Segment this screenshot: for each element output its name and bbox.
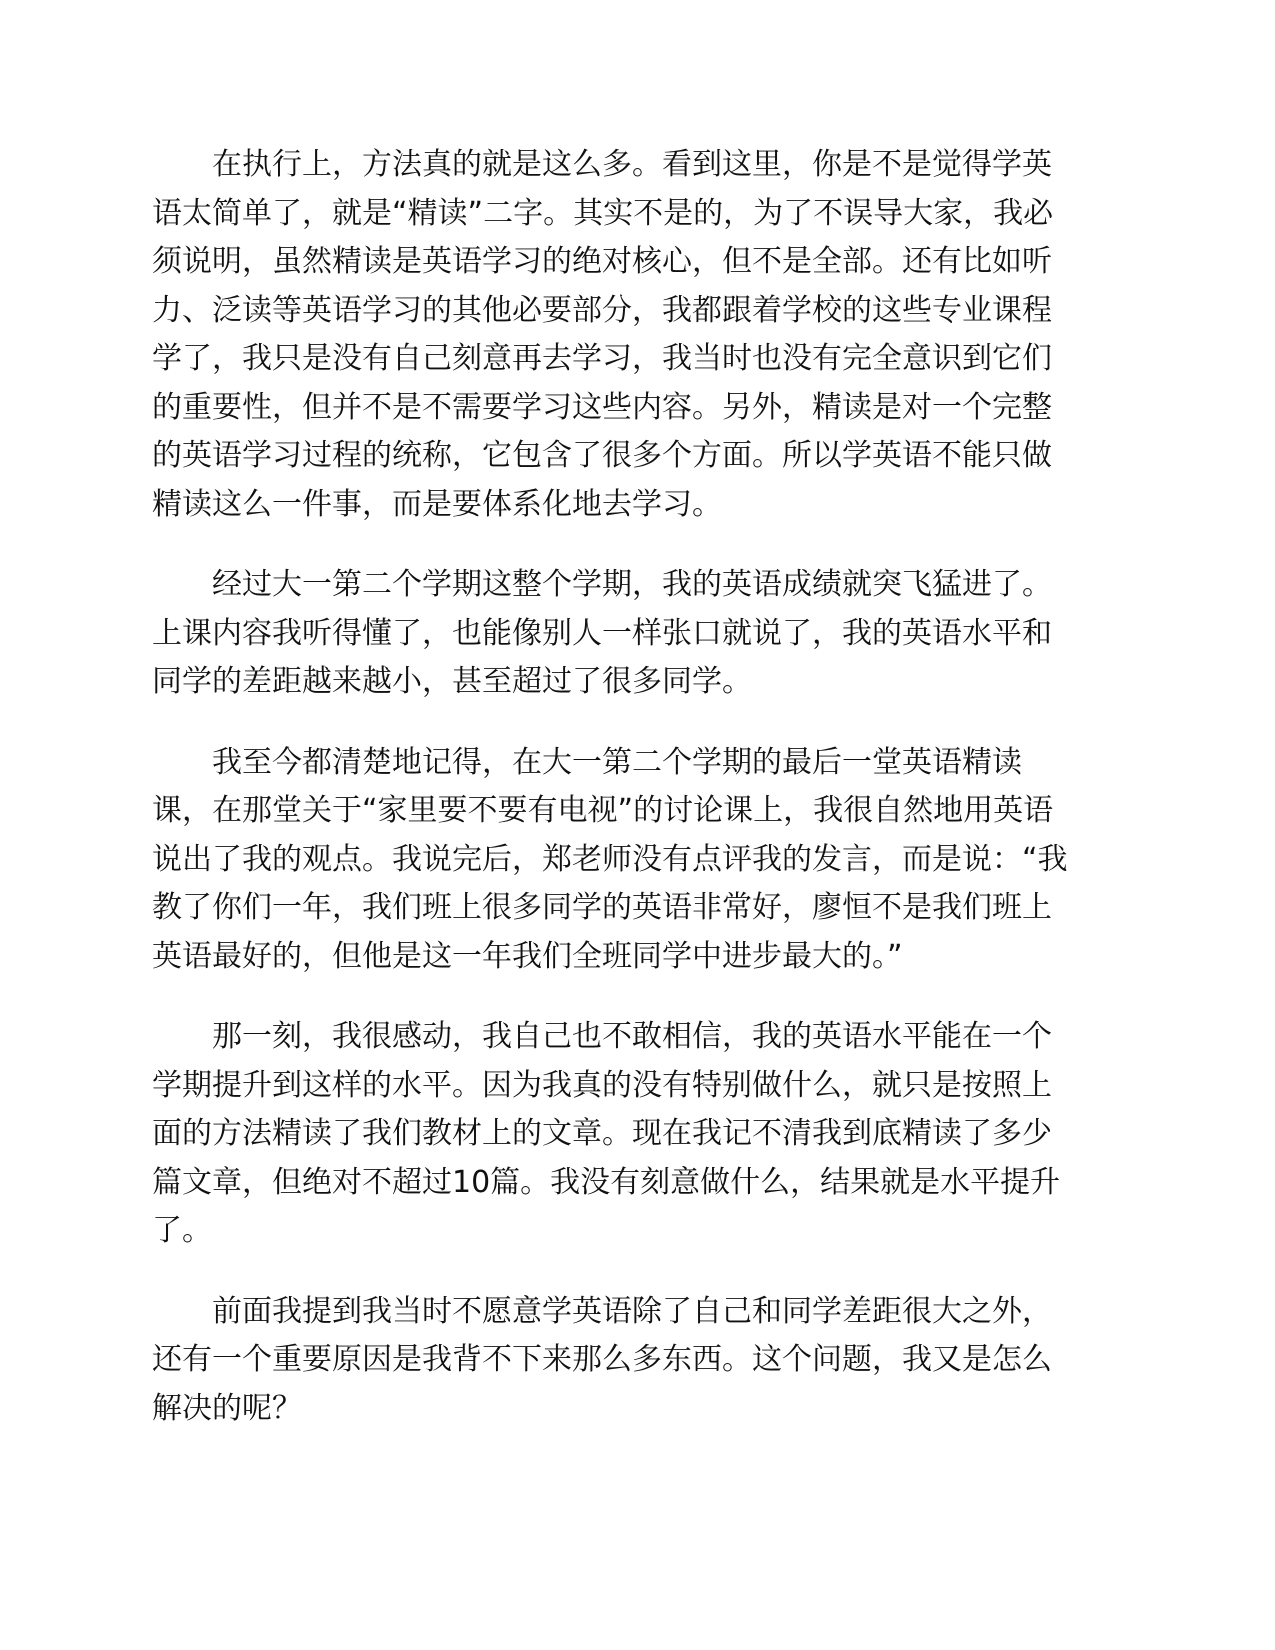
text-line: 的重要性，但并不是不需要学习这些内容。另外，精读是对一个完整 (152, 384, 1057, 433)
text-line: 上课内容我听得懂了，也能像别人一样张口就说了，我的英语水平和 (152, 610, 1057, 659)
text-line: 在执行上，方法真的就是这么多。看到这里，你是不是觉得学英 (152, 141, 1057, 190)
text-line: 精读这么一件事，而是要体系化地去学习。 (152, 481, 1057, 530)
paragraph-2: 经过大一第二个学期这整个学期，我的英语成绩就突飞猛进了。 上课内容我听得懂了，也… (152, 561, 1057, 707)
document-page: 在执行上，方法真的就是这么多。看到这里，你是不是觉得学英 语太简单了，就是“精读… (152, 141, 1057, 1465)
text-line: 英语最好的，但他是这一年我们全班同学中进步最大的。” (152, 933, 1057, 982)
text-line: 那一刻，我很感动，我自己也不敢相信，我的英语水平能在一个 (152, 1013, 1057, 1062)
text-line: 我至今都清楚地记得，在大一第二个学期的最后一堂英语精读 (152, 739, 1057, 788)
text-line: 经过大一第二个学期这整个学期，我的英语成绩就突飞猛进了。 (152, 561, 1057, 610)
text-line: 课，在那堂关于“家里要不要有电视”的讨论课上，我很自然地用英语 (152, 787, 1057, 836)
text-line: 学了，我只是没有自己刻意再去学习，我当时也没有完全意识到它们 (152, 335, 1057, 384)
text-line: 解决的呢？ (152, 1385, 1057, 1434)
paragraph-3: 我至今都清楚地记得，在大一第二个学期的最后一堂英语精读 课，在那堂关于“家里要不… (152, 739, 1057, 982)
text-line: 力、泛读等英语学习的其他必要部分，我都跟着学校的这些专业课程 (152, 287, 1057, 336)
text-line: 语太简单了，就是“精读”二字。其实不是的，为了不误导大家，我必 (152, 190, 1057, 239)
text-line: 还有一个重要原因是我背不下来那么多东西。这个问题，我又是怎么 (152, 1336, 1057, 1385)
text-line: 同学的差距越来越小，甚至超过了很多同学。 (152, 658, 1057, 707)
text-line: 了。 (152, 1207, 1057, 1256)
text-line: 学期提升到这样的水平。因为我真的没有特别做什么，就只是按照上 (152, 1062, 1057, 1111)
text-line: 面的方法精读了我们教材上的文章。现在我记不清我到底精读了多少 (152, 1110, 1057, 1159)
text-line: 的英语学习过程的统称，它包含了很多个方面。所以学英语不能只做 (152, 432, 1057, 481)
paragraph-4: 那一刻，我很感动，我自己也不敢相信，我的英语水平能在一个 学期提升到这样的水平。… (152, 1013, 1057, 1256)
paragraph-1: 在执行上，方法真的就是这么多。看到这里，你是不是觉得学英 语太简单了，就是“精读… (152, 141, 1057, 529)
text-line: 教了你们一年，我们班上很多同学的英语非常好，廖恒不是我们班上 (152, 884, 1057, 933)
text-line: 前面我提到我当时不愿意学英语除了自己和同学差距很大之外， (152, 1288, 1057, 1337)
text-line: 说出了我的观点。我说完后，郑老师没有点评我的发言，而是说：“我 (152, 836, 1057, 885)
text-line: 篇文章，但绝对不超过10篇。我没有刻意做什么，结果就是水平提升 (152, 1159, 1057, 1208)
text-line: 须说明，虽然精读是英语学习的绝对核心，但不是全部。还有比如听 (152, 238, 1057, 287)
paragraph-5: 前面我提到我当时不愿意学英语除了自己和同学差距很大之外， 还有一个重要原因是我背… (152, 1288, 1057, 1434)
